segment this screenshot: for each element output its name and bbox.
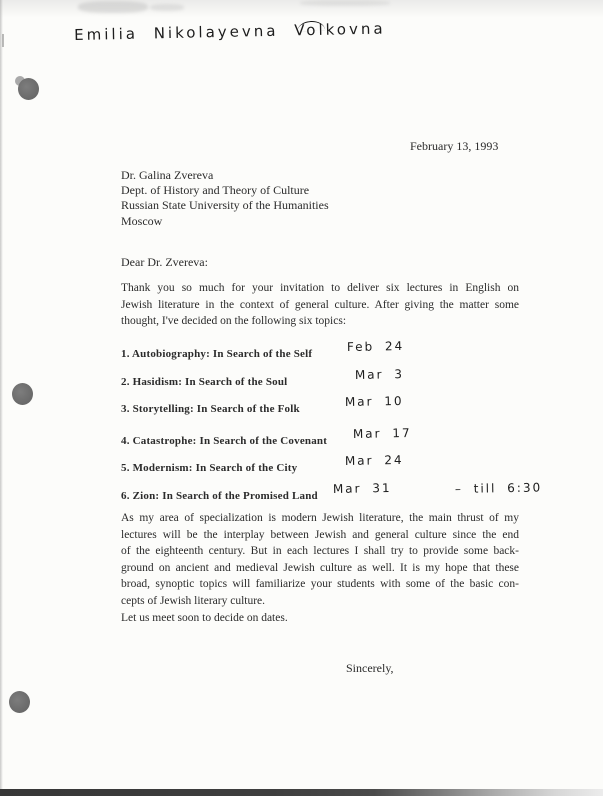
paragraph-line: Jewish literature in the context of gene… — [121, 299, 519, 316]
topic-item-4: 4. Catastrophe: In Search of the Covenan… — [121, 431, 327, 451]
topic-title: 4. Catastrophe: In Search of the Covenan… — [121, 435, 327, 447]
topic-title: 2. Hasidism: In Search of the Soul — [121, 376, 287, 388]
scanner-bottom-bar — [0, 789, 603, 796]
handwritten-time-note: – till 6:30 — [455, 480, 543, 496]
recipient-university: Russian State University of the Humaniti… — [121, 198, 329, 213]
closing-sentence: Let us meet soon to decide on dates. — [121, 612, 288, 624]
topic-item-2: 2. Hasidism: In Search of the Soul Mar 3 — [121, 372, 287, 392]
hole-punch-top — [18, 78, 39, 100]
paragraph-line: ground on ancient and medieval Jewish cu… — [121, 562, 519, 579]
recipient-name: Dr. Galina Zvereva — [121, 168, 329, 183]
salutation: Dear Dr. Zvereva: — [121, 255, 208, 270]
handwritten-date-note: Mar 10 — [345, 394, 404, 409]
topic-title: 1. Autobiography: In Search of the Self — [121, 348, 312, 360]
topic-title: 3. Storytelling: In Search of the Folk — [121, 403, 300, 415]
scanned-letter-page: Emilia Nikolayevna Volkovna February 13,… — [0, 0, 603, 796]
pencil-smudge — [78, 1, 148, 13]
topic-item-5: 5. Modernism: In Search of the City Mar … — [121, 458, 297, 478]
paragraph-line: As my area of specialization is modern J… — [121, 512, 519, 529]
pencil-smudge — [150, 4, 184, 11]
paragraph-line: broad, synoptic topics will familiarize … — [121, 578, 519, 595]
paragraph-line: Thank you so much for your invitation to… — [121, 282, 519, 299]
topic-item-3: 3. Storytelling: In Search of the Folk M… — [121, 399, 300, 419]
handwritten-date-note: Mar 17 — [353, 426, 412, 441]
paragraph-line: lectures will be the interplay between J… — [121, 529, 519, 546]
paragraph-line: of the eighteenth century. But in each l… — [121, 545, 519, 562]
body-paragraph: As my area of specialization is modern J… — [121, 512, 519, 612]
topic-title: 5. Modernism: In Search of the City — [121, 462, 297, 474]
recipient-address-block: Dr. Galina Zvereva Dept. of History and … — [121, 168, 329, 229]
signoff: Sincerely, — [346, 661, 394, 676]
opening-paragraph: Thank you so much for your invitation to… — [121, 282, 519, 332]
handwritten-date-note: Mar 31 — [333, 481, 392, 496]
handwritten-date-note: Feb 24 — [347, 339, 405, 354]
recipient-city: Moscow — [121, 214, 329, 229]
recipient-department: Dept. of History and Theory of Culture — [121, 183, 329, 198]
letter-date: February 13, 1993 — [410, 139, 498, 154]
paragraph-line: thought, I've decided on the following s… — [121, 315, 519, 332]
handwritten-name-annotation: Emilia Nikolayevna Volkovna — [74, 19, 386, 44]
paragraph-line: cepts of Jewish literary culture. — [121, 595, 519, 612]
handwritten-date-note: Mar 3 — [355, 367, 404, 382]
hole-punch-bottom — [9, 691, 30, 713]
scan-mark — [2, 34, 4, 47]
scan-left-edge-shading — [0, 0, 3, 796]
topic-item-6: 6. Zion: In Search of the Promised Land … — [121, 486, 318, 506]
handwritten-date-note: Mar 24 — [345, 453, 404, 468]
topic-item-1: 1. Autobiography: In Search of the Self … — [121, 344, 312, 364]
topic-title: 6. Zion: In Search of the Promised Land — [121, 490, 318, 502]
hole-punch-middle — [12, 383, 33, 405]
pencil-smudge — [300, 0, 390, 6]
